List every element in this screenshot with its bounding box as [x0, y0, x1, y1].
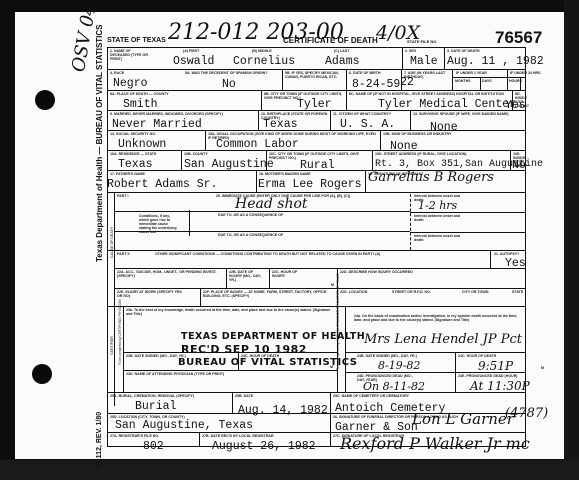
- col-divider: [205, 130, 206, 150]
- pronounced-date-value: On 8-11-82: [363, 380, 425, 393]
- registrar-file-value: 802: [143, 440, 164, 453]
- describe-injury-label: 22d. DESCRIBE HOW INJURY OCCURRED: [340, 270, 413, 274]
- pronounced-hour-label: 24e. PRONOUNCED DEAD (Hour): [458, 374, 518, 378]
- hospital-label: 8c. NAME OF (If not in hospital, give st…: [349, 92, 509, 96]
- part-2-label: PART II: [117, 252, 130, 256]
- disposition-date-value: Aug. 14, 1982: [238, 404, 328, 417]
- received-stamp-line2: REC'D SEP 10 1982: [181, 343, 307, 356]
- col-divider: [346, 90, 347, 110]
- disposition-label: 25a. BURIAL, CREMATION, REMOVAL (Specify…: [110, 394, 194, 398]
- certificate-title: CERTIFICATE OF DEATH: [283, 36, 378, 45]
- hour-of-injury-suffix: M: [331, 283, 334, 287]
- residence-city-value: Rural: [300, 159, 335, 172]
- col-divider: [258, 110, 259, 130]
- state-file-label: STATE FILE NO: [407, 39, 436, 44]
- residence-county-value: San Augustine: [184, 158, 274, 171]
- part-1-label: PART I: [117, 194, 129, 198]
- row-divider: [107, 392, 526, 393]
- examiner-date-signed-value: 8-19-82: [378, 359, 420, 372]
- col-divider: [480, 77, 481, 90]
- col-divider: [402, 47, 403, 69]
- business-label: 15b. KIND OF BUSINESS OR INDUSTRY: [383, 132, 451, 136]
- under-1-year-label: IF UNDER 1 YEAR: [456, 71, 487, 75]
- injury-location-label: 22g. LOCATION: [340, 290, 367, 294]
- examiner-date-signed-label: 24b. DATE SIGNED (Mo., Day, Yr.): [357, 354, 417, 358]
- left-vertical-title: Texas Department of Health — BUREAU OF V…: [95, 24, 104, 262]
- col-divider: [226, 268, 227, 288]
- due-to-label-1: DUE TO, OR AS A CONSEQUENCE OF: [218, 213, 283, 217]
- hour-of-injury-label: 22c. HOUR OF INJURY: [272, 270, 302, 278]
- examiner-hour-value: 9:51P: [478, 359, 513, 373]
- conditions-note: Conditions, if any, which gave rise to i…: [139, 214, 179, 234]
- form-number: VS-112, REV. 1/80: [96, 412, 103, 470]
- cause-a-value: Head shot: [235, 196, 308, 212]
- row-divider: [107, 432, 526, 433]
- col-divider: [455, 352, 456, 392]
- inside-city-limits-value: Yes: [505, 99, 526, 112]
- autopsy-value: Yes: [505, 257, 526, 270]
- col-divider: [444, 47, 445, 69]
- col-divider: [452, 69, 453, 90]
- cemetery-label: 25c. NAME OF CEMETERY OR CREMATORY: [333, 394, 409, 398]
- col-divider: [372, 150, 373, 170]
- injury-state-label: STATE: [512, 290, 523, 294]
- col-divider: [232, 392, 233, 413]
- occupation-value: Common Labor: [216, 138, 299, 151]
- received-stamp-line1: TEXAS DEPARTMENT OF HEALTH: [181, 331, 365, 342]
- col-divider: [410, 110, 411, 130]
- place-of-injury-label: 22f. PLACE OF INJURY — At home, farm, st…: [203, 290, 333, 298]
- col-divider: [181, 150, 182, 170]
- autopsy-label: 21. AUTOPSY?: [494, 252, 519, 256]
- row-divider: [107, 306, 526, 307]
- state-file-number: 76567: [495, 28, 542, 48]
- residence-state-label: 16a. RESIDENCE — STATE: [110, 152, 156, 156]
- pronounced-hour-value: At 11:30P: [470, 379, 530, 393]
- interval-label-c: Interval between onset and death: [414, 234, 469, 242]
- residence-county-label: 16b. COUNTY: [184, 152, 208, 156]
- burial-location-value: San Augustine, Texas: [115, 419, 253, 432]
- injury-street-label: STREET OR R.F.D. NO.: [392, 290, 431, 294]
- date-of-birth-label: 6. DATE OF BIRTH: [349, 71, 380, 75]
- row-divider: [107, 192, 526, 193]
- registrar-file-label: 27a. REGISTRAR'S FILE NO.: [110, 434, 159, 438]
- date-of-death-value: Aug. 11 , 1982: [447, 55, 544, 68]
- middle-name-label: (b) Middle: [252, 49, 272, 53]
- received-stamp-line3: BUREAU OF VITAL STATISTICS: [178, 357, 357, 368]
- col-divider: [261, 90, 262, 110]
- col-divider: [507, 69, 508, 90]
- interval-divider: [410, 194, 411, 250]
- hospital-value: Tyler Medical Center: [378, 98, 516, 111]
- race-label: 4. RACE: [110, 71, 124, 75]
- birthplace-value: Texas: [263, 118, 298, 131]
- date-received-value: August 26, 1982: [212, 440, 316, 453]
- due-to-label-2: DUE TO, OR AS A CONSEQUENCE OF: [218, 233, 283, 237]
- funeral-license-number: (4787): [505, 406, 548, 421]
- row-divider: [123, 370, 337, 371]
- physician-date-signed-label: 23b. DATE SIGNED (Mo., Day, Yr.): [126, 354, 186, 358]
- disposition-value: Burial: [135, 400, 176, 413]
- ssn-value: Unknown: [118, 138, 166, 151]
- residence-street-label: 16d. STREET ADDRESS (If rural, give loca…: [375, 152, 466, 156]
- under-24-hrs-label: IF UNDER 24 HRS: [510, 71, 541, 75]
- spanish-origin-value: No: [222, 78, 236, 91]
- col-divider: [200, 288, 201, 306]
- section-divider: [123, 306, 124, 392]
- col-divider: [490, 250, 491, 268]
- col-divider: [346, 69, 347, 90]
- bracket-line: [189, 210, 190, 236]
- last-name-value: Adams: [325, 55, 360, 68]
- sex-label: 2. SEX: [405, 49, 416, 53]
- marital-status-label: 9. MARRIED, NEVER MARRIED, WIDOWED, DIVO…: [110, 112, 255, 116]
- local-registrar-signature: Rexford P Walker Jr mc: [340, 434, 530, 453]
- residence-inside-city-value: No: [512, 159, 526, 172]
- row-divider: [452, 77, 526, 78]
- examiner-signature: Mrs Lena Hendel JP Pct: [364, 332, 522, 347]
- first-name-label: (a) First: [183, 49, 199, 53]
- row-divider: [107, 90, 526, 91]
- interval-line: [410, 212, 526, 213]
- injury-city-label: CITY OR TOWN: [462, 290, 488, 294]
- ssn-label: 14. SOCIAL SECURITY NO.: [110, 132, 156, 136]
- spanish-origin-label: 5a. WAS THE DECEDENT OF SPANISH ORIGIN?: [185, 71, 280, 75]
- interval-label-b: Interval between onset and death: [414, 214, 469, 222]
- examiner-hour-label: 24c. HOUR OF DEATH: [458, 354, 496, 358]
- col-divider: [269, 268, 270, 288]
- scan-edge-bottom: [0, 460, 579, 480]
- col-divider: [330, 392, 331, 447]
- examiner-hour-suffix: M: [541, 366, 544, 370]
- date-of-death-label: 3. DATE OF DEATH: [447, 49, 480, 53]
- row-divider: [107, 150, 526, 151]
- col-divider: [330, 110, 331, 130]
- place-city-value: Tyler: [297, 98, 332, 111]
- col-divider: [520, 77, 521, 90]
- spanish-specify-label: 5b. IF YES, SPECIFY MEXICAN, CUBAN, PUER…: [285, 71, 345, 79]
- col-divider: [199, 432, 200, 447]
- mother-value: Erma Lee Rogers: [258, 178, 362, 191]
- first-name-value: Oswald: [173, 55, 214, 68]
- accident-label: 22a. ACC., SUICIDE, HOM., UNDET., OR PEN…: [117, 270, 222, 278]
- citizen-value: U. S. A.: [340, 118, 395, 131]
- sex-value: Male: [410, 55, 438, 68]
- funeral-firm-value: Garner & Son: [335, 421, 418, 434]
- months-label: Months: [455, 79, 471, 83]
- col-divider: [282, 69, 283, 90]
- surviving-spouse-label: 13. SURVIVING SPOUSE (If wife, give maid…: [413, 112, 523, 116]
- last-name-label: (c) Last: [334, 49, 349, 53]
- date-of-birth-value: 8-24-59: [352, 78, 400, 91]
- punch-hole-bottom: [32, 364, 52, 384]
- section-divider: [337, 306, 338, 392]
- interval-a-value: 1-2 hrs: [418, 199, 457, 212]
- age-value: 22: [400, 76, 414, 89]
- examiner-statement-label: 24a. On the basis of examination and/or …: [354, 314, 522, 322]
- informant-signature: Garrelius B Rogers: [368, 170, 494, 185]
- row-divider: [345, 352, 526, 353]
- place-county-label: 8a. PLACE OF DEATH — COUNTY: [110, 92, 169, 96]
- row-divider: [114, 288, 526, 289]
- col-divider: [337, 268, 338, 306]
- date-received-label: 27b. DATE REC'D BY LOCAL REGISTRAR: [202, 434, 274, 438]
- place-county-value: Smith: [123, 98, 158, 111]
- punch-hole-top: [35, 90, 55, 110]
- injury-at-work-label: 22e. INJURY AT WORK (Specify yes or no): [117, 290, 187, 298]
- col-divider: [380, 130, 381, 150]
- marital-status-value: Never Married: [112, 118, 202, 131]
- section-divider: [345, 306, 346, 392]
- physician-statement-label: 23a. To the best of my knowledge, death …: [126, 308, 334, 316]
- scan-edge-right: [564, 0, 579, 480]
- row-divider: [107, 250, 526, 251]
- residence-state-value: Texas: [118, 158, 153, 171]
- name-label: 1. NAME OF DECEASED (Type or print): [110, 49, 148, 61]
- race-value: Negro: [113, 77, 148, 90]
- disposition-date-label: 25b. DATE: [235, 394, 253, 398]
- col-divider: [256, 170, 257, 192]
- state-label: STATE OF TEXAS: [107, 37, 166, 44]
- section-divider: [114, 192, 115, 406]
- father-label: 17. FATHER'S NAME: [110, 172, 145, 176]
- funeral-director-signature: Lon L Garner: [412, 410, 514, 428]
- father-value: Robert Adams Sr.: [107, 178, 217, 191]
- mother-label: 18. MOTHER'S MAIDEN NAME: [259, 172, 311, 176]
- other-conditions-label: OTHER SIGNIFICANT CONDITIONS — CONDITION…: [155, 252, 380, 256]
- row-divider: [107, 69, 526, 70]
- attending-physician-label: 23d. NAME OF ATTENDING PHYSICIAN (Type o…: [126, 372, 224, 376]
- days-label: Days: [482, 79, 492, 83]
- middle-name-value: Cornelius: [233, 55, 295, 68]
- interval-line: [410, 232, 526, 233]
- col-divider: [365, 170, 366, 192]
- row-divider: [114, 268, 526, 269]
- citizen-label: 11. CITIZEN OF WHAT COUNTRY?: [333, 112, 408, 116]
- date-of-injury-label: 22b. DATE OF INJURY (Mo., Day, Yr.): [229, 270, 267, 282]
